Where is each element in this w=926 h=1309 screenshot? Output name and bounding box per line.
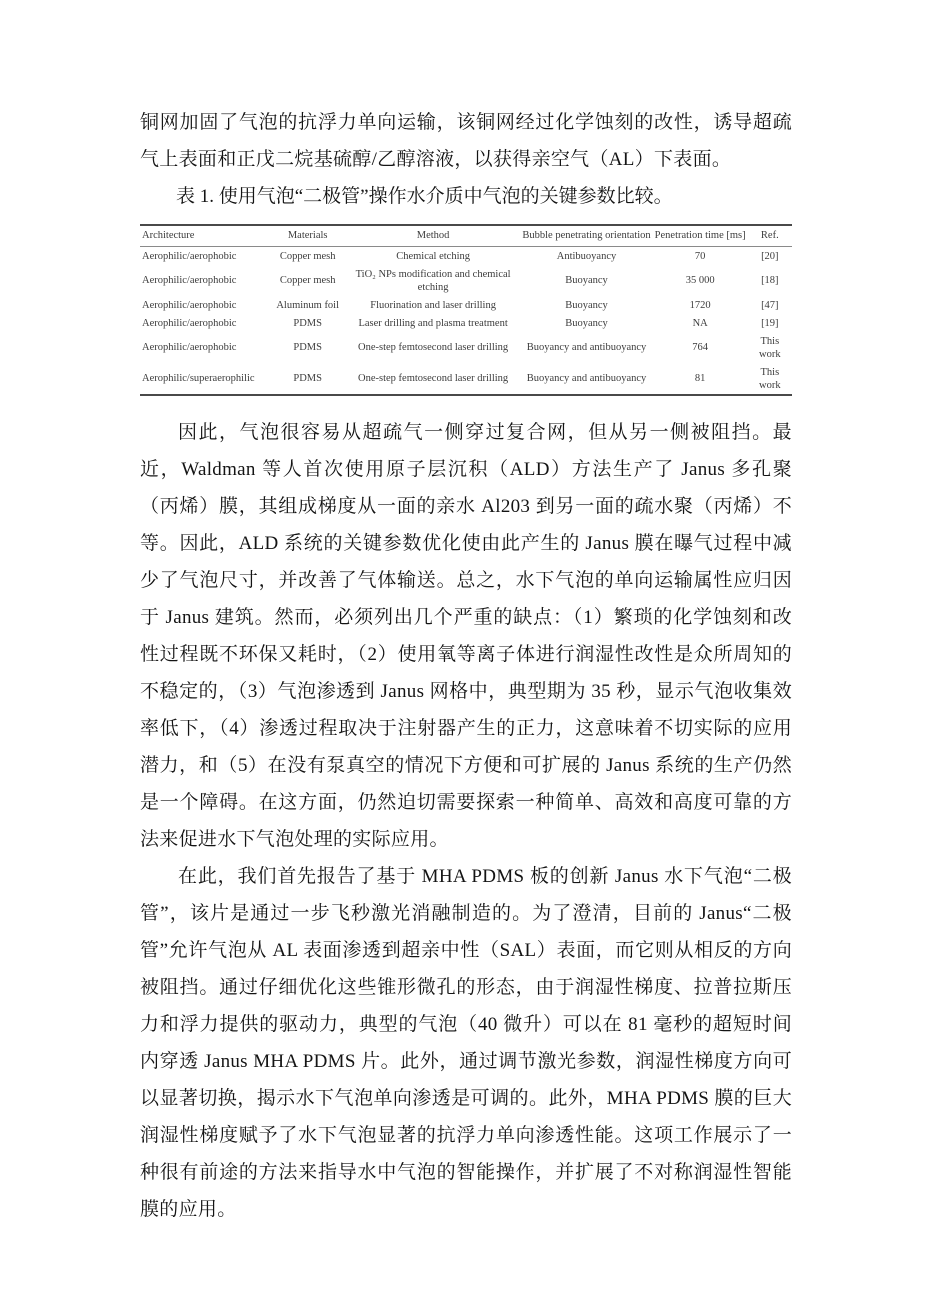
table-cell: Aerophilic/aerophobic bbox=[140, 314, 269, 332]
table-cell: PDMS bbox=[269, 332, 345, 363]
table-cell: Antibuoyancy bbox=[520, 247, 652, 266]
table-cell: One-step femtosecond laser drilling bbox=[346, 332, 521, 363]
table-body: Aerophilic/aerophobicCopper meshChemical… bbox=[140, 247, 792, 396]
table-header-cell: Penetration time [ms] bbox=[653, 225, 748, 247]
table-cell: Buoyancy bbox=[520, 265, 652, 296]
table-cell: Aerophilic/superaerophilic bbox=[140, 363, 269, 395]
table-header-row: ArchitectureMaterialsMethodBubble penetr… bbox=[140, 225, 792, 247]
table-cell: TiO₂ NPs modification and chemical etchi… bbox=[346, 265, 521, 296]
table-cell: 35 000 bbox=[653, 265, 748, 296]
table-cell: 70 bbox=[653, 247, 748, 266]
table-cell: 764 bbox=[653, 332, 748, 363]
table-caption: 表 1. 使用气泡“二极管”操作水介质中气泡的关键参数比较。 bbox=[140, 178, 792, 215]
table-head: ArchitectureMaterialsMethodBubble penetr… bbox=[140, 225, 792, 247]
table-row: Aerophilic/aerophobicAluminum foilFluori… bbox=[140, 296, 792, 314]
table-cell: Chemical etching bbox=[346, 247, 521, 266]
table-cell: Aerophilic/aerophobic bbox=[140, 265, 269, 296]
table-cell: Buoyancy and antibuoyancy bbox=[520, 332, 652, 363]
table-row: Aerophilic/superaerophilicPDMSOne-step f… bbox=[140, 363, 792, 395]
table-cell: PDMS bbox=[269, 363, 345, 395]
table-row: Aerophilic/aerophobicPDMSOne-step femtos… bbox=[140, 332, 792, 363]
table-cell: Buoyancy bbox=[520, 296, 652, 314]
table-cell: [20] bbox=[748, 247, 792, 266]
table-cell: [47] bbox=[748, 296, 792, 314]
table-cell: This work bbox=[748, 332, 792, 363]
table-cell: Buoyancy and antibuoyancy bbox=[520, 363, 652, 395]
table-cell: Aerophilic/aerophobic bbox=[140, 247, 269, 266]
table-row: Aerophilic/aerophobicCopper meshChemical… bbox=[140, 247, 792, 266]
table-cell: Copper mesh bbox=[269, 247, 345, 266]
table-cell: PDMS bbox=[269, 314, 345, 332]
table-header-cell: Materials bbox=[269, 225, 345, 247]
table-header-cell: Architecture bbox=[140, 225, 269, 247]
parameters-table: ArchitectureMaterialsMethodBubble penetr… bbox=[140, 224, 792, 396]
table-cell: This work bbox=[748, 363, 792, 395]
table-header-cell: Bubble penetrating orientation bbox=[520, 225, 652, 247]
table-cell: NA bbox=[653, 314, 748, 332]
table-cell: One-step femtosecond laser drilling bbox=[346, 363, 521, 395]
table-cell: Laser drilling and plasma treatment bbox=[346, 314, 521, 332]
table-cell: Copper mesh bbox=[269, 265, 345, 296]
table-cell: [18] bbox=[748, 265, 792, 296]
table-cell: Fluorination and laser drilling bbox=[346, 296, 521, 314]
table-cell: Aerophilic/aerophobic bbox=[140, 332, 269, 363]
table-header-cell: Method bbox=[346, 225, 521, 247]
table-cell: Aluminum foil bbox=[269, 296, 345, 314]
table-cell: 81 bbox=[653, 363, 748, 395]
document-page: 铜网加固了气泡的抗浮力单向运输，该铜网经过化学蚀刻的改性，诱导超疏气上表面和正戊… bbox=[0, 0, 926, 1309]
paragraph-conclusion: 在此，我们首先报告了基于 MHA PDMS 板的创新 Janus 水下气泡“二极… bbox=[140, 858, 792, 1228]
table-row: Aerophilic/aerophobicCopper meshTiO₂ NPs… bbox=[140, 265, 792, 296]
table-row: Aerophilic/aerophobicPDMSLaser drilling … bbox=[140, 314, 792, 332]
paragraph-intro: 铜网加固了气泡的抗浮力单向运输，该铜网经过化学蚀刻的改性，诱导超疏气上表面和正戊… bbox=[140, 104, 792, 178]
table-cell: 1720 bbox=[653, 296, 748, 314]
table-container: ArchitectureMaterialsMethodBubble penetr… bbox=[140, 224, 792, 396]
table-cell: Aerophilic/aerophobic bbox=[140, 296, 269, 314]
paragraph-discussion: 因此，气泡很容易从超疏气一侧穿过复合网，但从另一侧被阻挡。最近，Waldman … bbox=[140, 414, 792, 858]
table-cell: [19] bbox=[748, 314, 792, 332]
table-cell: Buoyancy bbox=[520, 314, 652, 332]
table-header-cell: Ref. bbox=[748, 225, 792, 247]
